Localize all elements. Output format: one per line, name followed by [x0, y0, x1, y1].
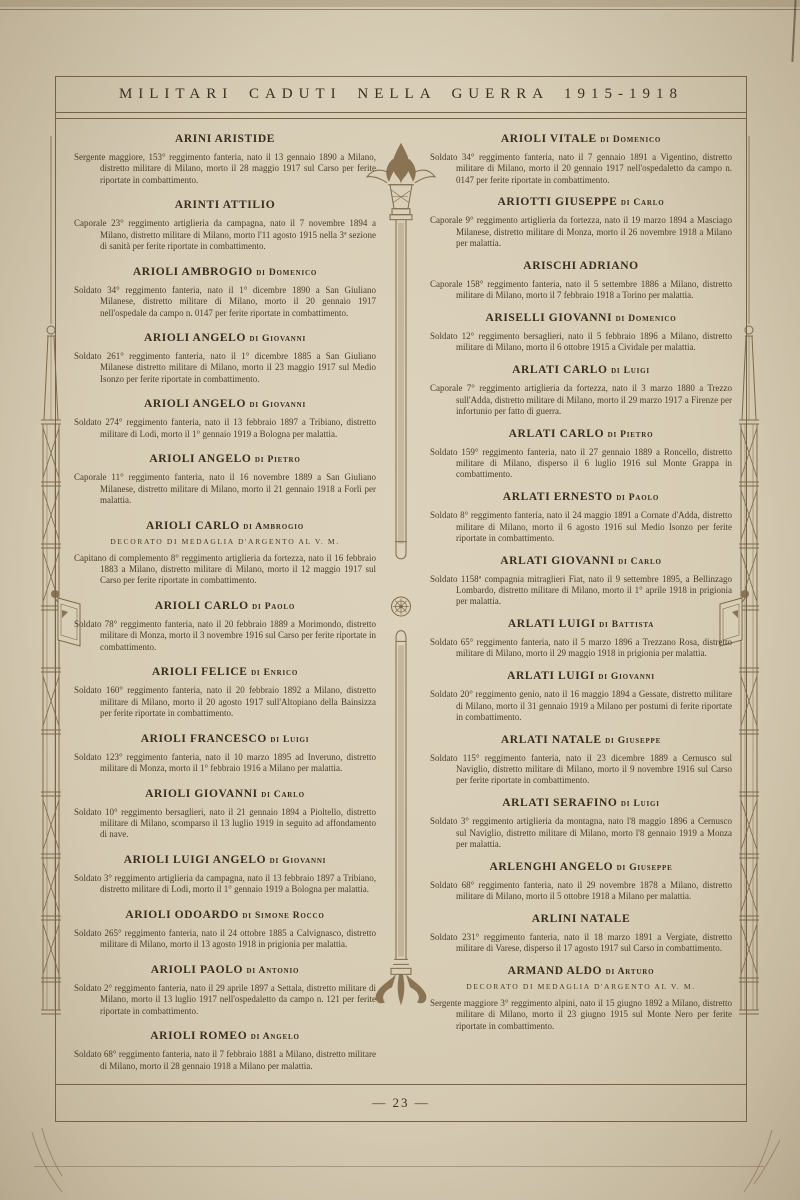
entry-text: Sergente maggiore, 153° reggimento fante…: [74, 152, 376, 186]
soldier-entry: ARIOLI ANGELO di Giovanni Soldato 274° r…: [74, 398, 376, 440]
page-top-edge-line: [0, 9, 800, 10]
entry-text: Soldato 3° reggimento artiglieria da mon…: [430, 816, 732, 850]
torch-cup-icon: [388, 185, 414, 209]
soldier-entry: ARIOLI ANGELO di Giovanni Soldato 261° r…: [74, 332, 376, 385]
entry-name: ARLATI CARLO: [512, 364, 607, 376]
entry-text: Sergente maggiore 3° reggimento alpini, …: [430, 998, 732, 1032]
entry-patronym: di Carlo: [621, 198, 665, 208]
entry-name: ARISELLI GIOVANNI: [486, 312, 613, 324]
entry-patronym: di Antonio: [247, 966, 300, 976]
page-curl-mark: [18, 1126, 88, 1196]
entry-patronym: di Giovanni: [249, 334, 306, 344]
page-number: — 23 —: [372, 1095, 430, 1111]
entry-heading: ARLATI CARLO di Pietro: [430, 428, 732, 440]
entry-name: ARIOLI ANGELO: [149, 453, 251, 465]
entry-heading: ARLATI LUIGI di Giovanni: [430, 670, 732, 682]
entry-name: ARINI ARISTIDE: [175, 133, 275, 145]
soldier-entry: ARLATI LUIGI di Giovanni Soldato 20° reg…: [430, 670, 732, 723]
entry-patronym: di Luigi: [621, 799, 660, 809]
entry-heading: ARIOLI CARLO di Paolo: [74, 600, 376, 612]
rosette-icon: [392, 597, 411, 616]
entry-text: Soldato 159° reggimento fanteria, nato i…: [430, 447, 732, 481]
entry-patronym: di Paolo: [616, 493, 659, 503]
entry-text: Soldato 78° reggimento fanteria, nato il…: [74, 619, 376, 653]
entry-text: Soldato 3° reggimento artiglieria da cam…: [74, 873, 376, 896]
soldier-entry: ARIOLI ROMEO di Angelo Soldato 68° reggi…: [74, 1030, 376, 1072]
entry-heading: ARIOLI ODOARDO di Simone Rocco: [74, 909, 376, 921]
soldier-entry: ARIOLI ANGELO di Pietro Caporale 11° reg…: [74, 453, 376, 506]
entry-patronym: di Pietro: [608, 430, 654, 440]
entry-name: ARIOLI GIOVANNI: [145, 788, 258, 800]
entry-heading: ARLATI GIOVANNI di Carlo: [430, 555, 732, 567]
entry-heading: ARLATI NATALE di Giuseppe: [430, 734, 732, 746]
entry-patronym: di Pietro: [255, 455, 301, 465]
entry-text: Soldato 10° reggimento bersaglieri, nato…: [74, 807, 376, 841]
entry-heading: ARLATI CARLO di Luigi: [430, 364, 732, 376]
soldier-entry: ARISELLI GIOVANNI di Domenico Soldato 12…: [430, 312, 732, 354]
soldier-entry: ARIOLI FRANCESCO di Luigi Soldato 123° r…: [74, 733, 376, 775]
entry-text: Soldato 274° reggimento fanteria, nato i…: [74, 417, 376, 440]
entry-patronym: di Carlo: [618, 557, 662, 567]
entry-patronym: di Ambrogio: [243, 522, 304, 532]
entry-heading: ARISCHI ADRIANO: [430, 260, 732, 272]
soldier-entry: ARIOLI PAOLO di Antonio Soldato 2° reggi…: [74, 964, 376, 1017]
entry-heading: ARIOLI ANGELO di Pietro: [74, 453, 376, 465]
entry-name: ARIOLI FRANCESCO: [141, 733, 267, 745]
entry-decoration: DECORATO DI MEDAGLIA D'ARGENTO AL V. M.: [430, 982, 732, 991]
entry-name: ARLATI ERNESTO: [503, 491, 613, 503]
soldier-entry: ARINI ARISTIDE Sergente maggiore, 153° r…: [74, 133, 376, 186]
entry-heading: ARINI ARISTIDE: [74, 133, 376, 145]
soldier-entry: ARIOLI ODOARDO di Simone Rocco Soldato 2…: [74, 909, 376, 951]
torch-flame-icon: [367, 143, 435, 184]
column-capital: [390, 209, 412, 220]
entry-heading: ARLATI LUIGI di Battista: [430, 618, 732, 630]
entry-text: Soldato 2° reggimento fanteria, nato il …: [74, 983, 376, 1017]
entry-patronym: di Battista: [599, 620, 654, 630]
entry-heading: ARIOLI LUIGI ANGELO di Giovanni: [74, 854, 376, 866]
entry-name: ARIOLI LUIGI ANGELO: [124, 854, 266, 866]
soldier-entry: ARLATI SERAFINO di Luigi Soldato 3° regg…: [430, 797, 732, 850]
entry-heading: ARIOLI PAOLO di Antonio: [74, 964, 376, 976]
entry-text: Soldato 265° reggimento fanteria, nato i…: [74, 928, 376, 951]
entry-patronym: di Paolo: [252, 602, 295, 612]
torch-column-icon: [361, 119, 441, 1084]
entry-patronym: di Giovanni: [270, 856, 327, 866]
entry-text: Soldato 1158ª compagnia mitraglieri Fiat…: [430, 574, 732, 608]
entry-text: Caporale 9° reggimento artiglieria da fo…: [430, 215, 732, 249]
entry-text: Soldato 115° reggimento fanteria, nato i…: [430, 753, 732, 787]
entry-decoration: DECORATO DI MEDAGLIA D'ARGENTO AL V. M.: [74, 537, 376, 546]
entry-text: Caporale 23° reggimento artiglieria da c…: [74, 218, 376, 252]
entry-heading: ARIOLI GIOVANNI di Carlo: [74, 788, 376, 800]
entry-patronym: di Enrico: [251, 668, 298, 678]
soldier-entry: ARLATI CARLO di Luigi Caporale 7° reggim…: [430, 364, 732, 417]
page-top-edge: [0, 0, 800, 7]
entry-heading: ARIOLI FRANCESCO di Luigi: [74, 733, 376, 745]
soldier-entry: ARLATI NATALE di Giuseppe Soldato 115° r…: [430, 734, 732, 787]
entry-heading: ARLINI NATALE: [430, 913, 732, 925]
entry-patronym: di Giuseppe: [617, 863, 673, 873]
entry-heading: ARIOTTI GIUSEPPE di Carlo: [430, 196, 732, 208]
entry-text: Soldato 160° reggimento fanteria, nato i…: [74, 685, 376, 719]
soldier-entry: ARIOLI FELICE di Enrico Soldato 160° reg…: [74, 666, 376, 719]
soldier-entry: ARIOLI CARLO di Paolo Soldato 78° reggim…: [74, 600, 376, 653]
soldier-entry: ARISCHI ADRIANO Caporale 158° reggimento…: [430, 260, 732, 302]
soldier-entry: ARIOTTI GIUSEPPE di Carlo Caporale 9° re…: [430, 196, 732, 249]
soldier-entry: ARLENGHI ANGELO di Giuseppe Soldato 68° …: [430, 861, 732, 903]
entry-heading: ARMAND ALDO di Arturo: [430, 965, 732, 977]
entry-name: ARLATI GIOVANNI: [500, 555, 614, 567]
soldier-entry: ARIOLI LUIGI ANGELO di Giovanni Soldato …: [74, 854, 376, 896]
page-title: MILITARI CADUTI NELLA GUERRA 1915-1918: [119, 86, 683, 103]
entry-name: ARIOLI CARLO: [146, 520, 240, 532]
entry-patronym: di Giuseppe: [605, 736, 661, 746]
soldier-entry: ARLATI GIOVANNI di Carlo Soldato 1158ª c…: [430, 555, 732, 608]
entry-patronym: di Domenico: [256, 268, 317, 278]
entry-name: ARIOLI ROMEO: [150, 1030, 247, 1042]
entry-text: Soldato 231° reggimento fanteria, nato i…: [430, 932, 732, 955]
entry-text: Soldato 20° reggimento genio, nato il 16…: [430, 689, 732, 723]
upper-column-shaft: [395, 220, 407, 559]
soldier-entry: ARLATI ERNESTO di Paolo Soldato 8° reggi…: [430, 491, 732, 544]
soldier-entry: ARINTI ATTILIO Caporale 23° reggimento a…: [74, 199, 376, 252]
soldier-entry: ARIOLI CARLO di Ambrogio DECORATO DI MED…: [74, 520, 376, 587]
entry-text: Caporale 158° reggimento fanteria, nato …: [430, 279, 732, 302]
entry-text: Soldato 261° reggimento fanteria, nato i…: [74, 351, 376, 385]
entry-text: Capitano di complemento 8° reggimento ar…: [74, 553, 376, 587]
entry-name: ARISCHI ADRIANO: [523, 260, 638, 272]
entry-name: ARLATI LUIGI: [507, 670, 595, 682]
entry-patronym: di Domenico: [616, 314, 677, 324]
entry-name: ARIOTTI GIUSEPPE: [498, 196, 618, 208]
entry-heading: ARLATI ERNESTO di Paolo: [430, 491, 732, 503]
entry-text: Soldato 34° reggimento fanteria, nato il…: [74, 285, 376, 319]
entry-text: Soldato 68° reggimento fanteria, nato il…: [74, 1049, 376, 1072]
entry-text: Soldato 123° reggimento fanteria, nato i…: [74, 752, 376, 775]
entry-heading: ARLENGHI ANGELO di Giuseppe: [430, 861, 732, 873]
entry-text: Soldato 68° reggimento fanteria, nato il…: [430, 880, 732, 903]
soldier-entry: ARIOLI VITALE di Domenico Soldato 34° re…: [430, 133, 732, 186]
entry-heading: ARISELLI GIOVANNI di Domenico: [430, 312, 732, 324]
entry-name: ARIOLI AMBROGIO: [133, 266, 253, 278]
entry-name: ARLATI LUIGI: [508, 618, 596, 630]
soldier-entry: ARLATI LUIGI di Battista Soldato 65° reg…: [430, 618, 732, 660]
soldier-entry: ARIOLI AMBROGIO di Domenico Soldato 34° …: [74, 266, 376, 319]
entry-patronym: di Giovanni: [598, 672, 655, 682]
entry-name: ARMAND ALDO: [508, 965, 602, 977]
soldier-entry: ARLINI NATALE Soldato 231° reggimento fa…: [430, 913, 732, 955]
entry-name: ARLATI CARLO: [509, 428, 604, 440]
entry-name: ARIOLI VITALE: [501, 133, 597, 145]
entry-patronym: di Carlo: [261, 790, 305, 800]
entry-patronym: di Simone Rocco: [242, 911, 324, 921]
entry-heading: ARIOLI ANGELO di Giovanni: [74, 398, 376, 410]
entry-name: ARLATI SERAFINO: [502, 797, 617, 809]
entry-heading: ARIOLI ROMEO di Angelo: [74, 1030, 376, 1042]
entry-heading: ARIOLI FELICE di Enrico: [74, 666, 376, 678]
page-curl-mark: [714, 1126, 784, 1196]
entry-heading: ARIOLI VITALE di Domenico: [430, 133, 732, 145]
entry-patronym: di Arturo: [606, 967, 655, 977]
entry-heading: ARLATI SERAFINO di Luigi: [430, 797, 732, 809]
entry-patronym: di Luigi: [270, 735, 309, 745]
soldier-entry: ARIOLI GIOVANNI di Carlo Soldato 10° reg…: [74, 788, 376, 841]
entries-area: ARINI ARISTIDE Sergente maggiore, 153° r…: [56, 119, 746, 1084]
entry-text: Caporale 7° reggimento artiglieria da fo…: [430, 383, 732, 417]
entry-heading: ARIOLI AMBROGIO di Domenico: [74, 266, 376, 278]
soldier-entry: ARLATI CARLO di Pietro Soldato 159° regg…: [430, 428, 732, 481]
entry-heading: ARIOLI CARLO di Ambrogio: [74, 520, 376, 532]
entry-text: Soldato 8° reggimento fanteria, nato il …: [430, 510, 732, 544]
entry-text: Caporale 11° reggimento fanteria, nato i…: [74, 472, 376, 506]
entry-heading: ARIOLI ANGELO di Giovanni: [74, 332, 376, 344]
entry-patronym: di Luigi: [611, 366, 650, 376]
lower-column-shaft: [396, 631, 406, 960]
entry-text: Soldato 65° reggimento fanteria, nato il…: [430, 637, 732, 660]
entry-heading: ARINTI ATTILIO: [74, 199, 376, 211]
entry-patronym: di Angelo: [251, 1032, 300, 1042]
column-base-scrolls: [376, 959, 427, 1005]
title-band: MILITARI CADUTI NELLA GUERRA 1915-1918: [56, 77, 746, 113]
entry-name: ARIOLI FELICE: [152, 666, 248, 678]
entry-name: ARIOLI CARLO: [155, 600, 249, 612]
entry-patronym: di Domenico: [600, 135, 661, 145]
entry-name: ARIOLI ANGELO: [144, 332, 246, 344]
entry-patronym: di Giovanni: [249, 400, 306, 410]
entry-name: ARLATI NATALE: [501, 734, 602, 746]
entry-text: Soldato 34° reggimento fanteria, nato il…: [430, 152, 732, 186]
soldier-entry: ARMAND ALDO di Arturo DECORATO DI MEDAGL…: [430, 965, 732, 1032]
entry-name: ARLINI NATALE: [532, 913, 630, 925]
entry-name: ARLENGHI ANGELO: [489, 861, 613, 873]
entry-name: ARINTI ATTILIO: [175, 199, 276, 211]
entry-name: ARIOLI ODOARDO: [125, 909, 239, 921]
entry-text: Soldato 12° reggimento bersaglieri, nato…: [430, 331, 732, 354]
entry-name: ARIOLI PAOLO: [151, 964, 243, 976]
entry-name: ARIOLI ANGELO: [144, 398, 246, 410]
right-column: ARIOLI VITALE di Domenico Soldato 34° re…: [430, 133, 732, 1078]
footer-band: — 23 —: [56, 1084, 746, 1121]
page-bottom-edge-line: [34, 1166, 764, 1167]
left-column: ARINI ARISTIDE Sergente maggiore, 153° r…: [74, 133, 376, 1078]
page-frame: MILITARI CADUTI NELLA GUERRA 1915-1918: [55, 76, 747, 1122]
